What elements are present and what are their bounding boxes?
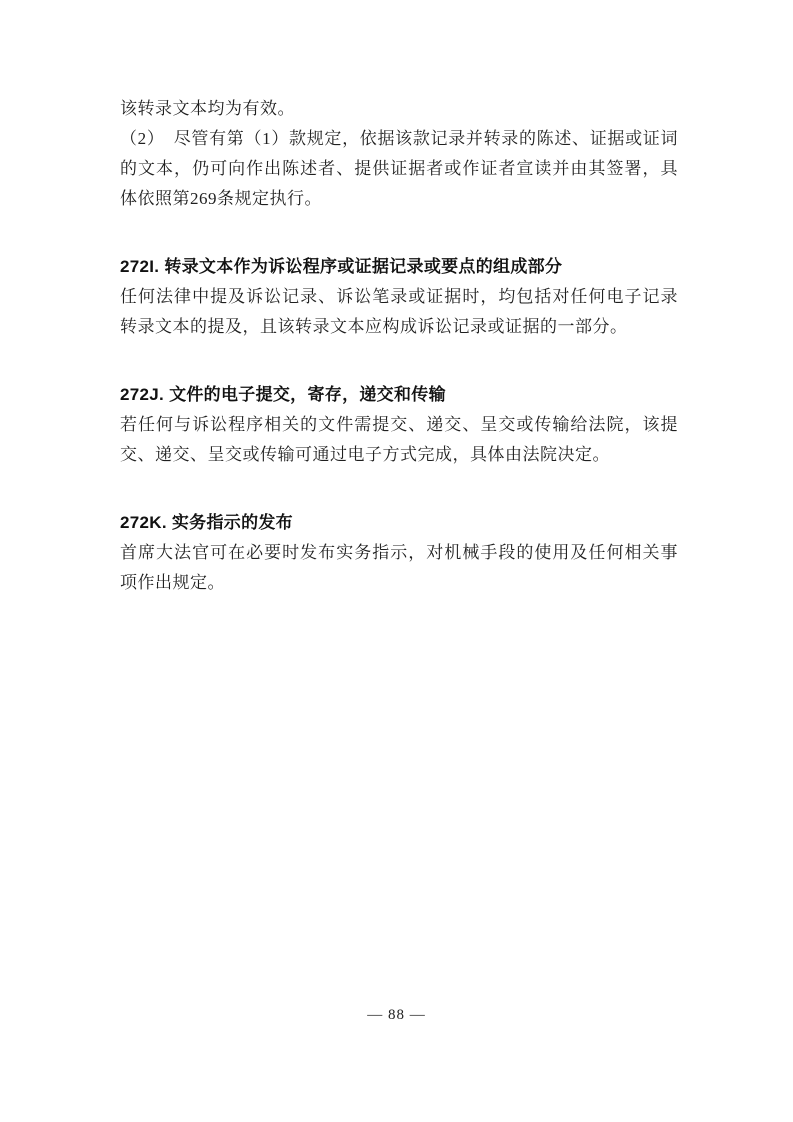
page-content: 该转录文本均为有效。 （2） 尽管有第（1）款规定，依据该款记录并转录的陈述、证… xyxy=(120,94,678,598)
section-body-272K: 首席大法官可在必要时发布实务指示，对机械手段的使用及任何相关事项作出规定。 xyxy=(120,538,678,598)
section-heading-272K: 272K. 实务指示的发布 xyxy=(120,508,678,538)
section-body-272I: 任何法律中提及诉讼记录、诉讼笔录或证据时，均包括对任何电子记录转录文本的提及，且… xyxy=(120,282,678,342)
section-body-272J: 若任何与诉讼程序相关的文件需提交、递交、呈交或传输给法院，该提交、递交、呈交或传… xyxy=(120,410,678,470)
document-page: 该转录文本均为有效。 （2） 尽管有第（1）款规定，依据该款记录并转录的陈述、证… xyxy=(0,0,793,1122)
page-number: — 88 — xyxy=(0,1003,793,1027)
section-heading-272J: 272J. 文件的电子提交，寄存，递交和传输 xyxy=(120,380,678,410)
paragraph-clause-2: （2） 尽管有第（1）款规定，依据该款记录并转录的陈述、证据或证词的文本，仍可向… xyxy=(120,124,678,214)
paragraph-continuation: 该转录文本均为有效。 xyxy=(120,94,678,124)
section-heading-272I: 272I. 转录文本作为诉讼程序或证据记录或要点的组成部分 xyxy=(120,252,678,282)
